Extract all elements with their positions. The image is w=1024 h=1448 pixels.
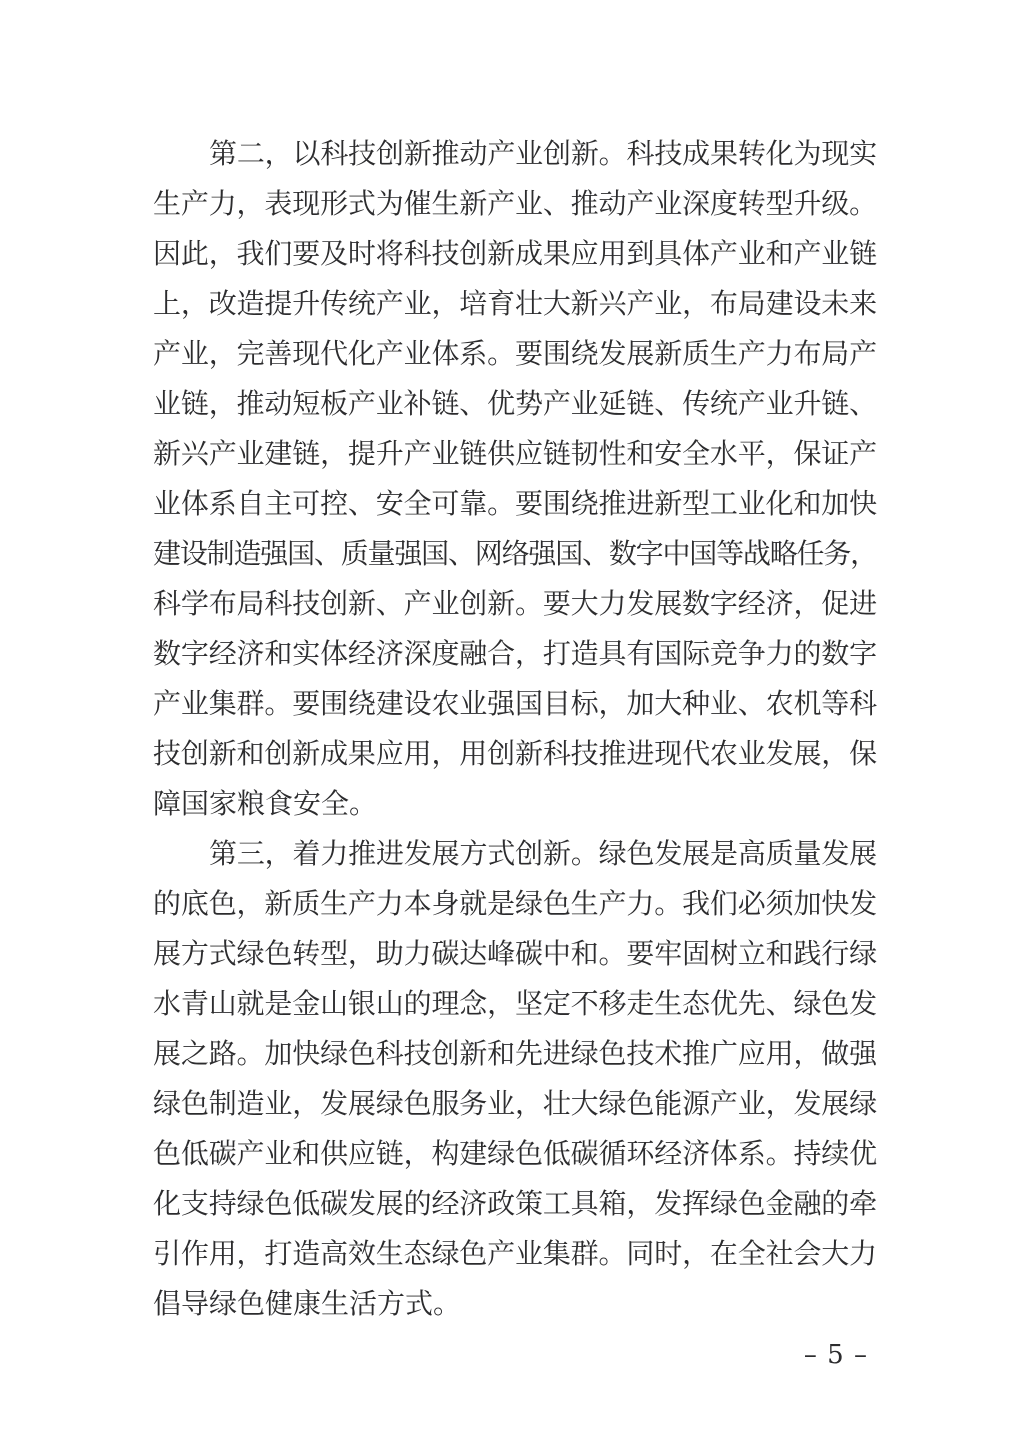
text-line: 产业集群。要围绕建设农业强国目标，加大种业、农机等科 xyxy=(153,679,877,729)
text-line-content: 展方式绿色转型，助力碳达峰碳中和。要牢固树立和践行绿 xyxy=(153,937,877,970)
text-line-content: 倡导绿色健康生活方式。 xyxy=(153,1287,461,1320)
text-line: 第三，着力推进发展方式创新。绿色发展是高质量发展 xyxy=(153,829,877,879)
text-line-content: 因此，我们要及时将科技创新成果应用到具体产业和产业链 xyxy=(153,237,877,270)
text-line: 展方式绿色转型，助力碳达峰碳中和。要牢固树立和践行绿 xyxy=(153,929,877,979)
text-line: 上，改造提升传统产业，培育壮大新兴产业，布局建设未来 xyxy=(153,279,877,329)
text-line: 水青山就是金山银山的理念，坚定不移走生态优先、绿色发 xyxy=(153,979,877,1029)
text-line: 绿色制造业，发展绿色服务业，壮大绿色能源产业，发展绿 xyxy=(153,1079,877,1129)
text-line: 产业，完善现代化产业体系。要围绕发展新质生产力布局产 xyxy=(153,329,877,379)
document-body: 第二，以科技创新推动产业创新。科技成果转化为现实生产力，表现形式为催生新产业、推… xyxy=(153,129,877,1329)
text-line: 化支持绿色低碳发展的经济政策工具箱，发挥绿色金融的牵 xyxy=(153,1179,877,1229)
text-line: 第二，以科技创新推动产业创新。科技成果转化为现实 xyxy=(153,129,877,179)
text-line: 生产力，表现形式为催生新产业、推动产业深度转型升级。 xyxy=(153,179,877,229)
text-line: 色低碳产业和供应链，构建绿色低碳循环经济体系。持续优 xyxy=(153,1129,877,1179)
text-line-content: 第二，以科技创新推动产业创新。科技成果转化为现实 xyxy=(209,137,877,170)
text-line: 因此，我们要及时将科技创新成果应用到具体产业和产业链 xyxy=(153,229,877,279)
text-line: 新兴产业建链，提升产业链供应链韧性和安全水平，保证产 xyxy=(153,429,877,479)
text-line-content: 生产力，表现形式为催生新产业、推动产业深度转型升级。 xyxy=(153,187,877,220)
text-line-content: 的底色，新质生产力本身就是绿色生产力。我们必须加快发 xyxy=(153,887,877,920)
text-line: 数字经济和实体经济深度融合，打造具有国际竞争力的数字 xyxy=(153,629,877,679)
text-line-content: 绿色制造业，发展绿色服务业，壮大绿色能源产业，发展绿 xyxy=(153,1087,877,1120)
text-line-content: 引作用，打造高效生态绿色产业集群。同时，在全社会大力 xyxy=(153,1237,877,1270)
text-line: 倡导绿色健康生活方式。 xyxy=(153,1279,877,1329)
text-line: 建设制造强国、质量强国、网络强国、数字中国等战略任务， xyxy=(153,529,877,579)
text-line: 技创新和创新成果应用，用创新科技推进现代农业发展，保 xyxy=(153,729,877,779)
document-page: 第二，以科技创新推动产业创新。科技成果转化为现实生产力，表现形式为催生新产业、推… xyxy=(0,0,1024,1448)
text-line-content: 技创新和创新成果应用，用创新科技推进现代农业发展，保 xyxy=(153,737,877,770)
text-line-content: 产业，完善现代化产业体系。要围绕发展新质生产力布局产 xyxy=(153,337,877,370)
text-line-content: 数字经济和实体经济深度融合，打造具有国际竞争力的数字 xyxy=(153,637,877,670)
text-line-content: 第三，着力推进发展方式创新。绿色发展是高质量发展 xyxy=(209,837,877,870)
text-line-content: 建设制造强国、质量强国、网络强国、数字中国等战略任务， xyxy=(153,537,877,570)
text-line-content: 上，改造提升传统产业，培育壮大新兴产业，布局建设未来 xyxy=(153,287,877,320)
text-line-content: 障国家粮食安全。 xyxy=(153,787,377,820)
text-line-content: 业链，推动短板产业补链、优势产业延链、传统产业升链、 xyxy=(153,387,877,420)
text-line-content: 新兴产业建链，提升产业链供应链韧性和安全水平，保证产 xyxy=(153,437,877,470)
page-number: – 5 – xyxy=(804,1338,868,1372)
text-line-content: 业体系自主可控、安全可靠。要围绕推进新型工业化和加快 xyxy=(153,487,877,520)
text-line: 展之路。加快绿色科技创新和先进绿色技术推广应用，做强 xyxy=(153,1029,877,1079)
text-line-content: 产业集群。要围绕建设农业强国目标，加大种业、农机等科 xyxy=(153,687,877,720)
text-line: 引作用，打造高效生态绿色产业集群。同时，在全社会大力 xyxy=(153,1229,877,1279)
text-line-content: 科学布局科技创新、产业创新。要大力发展数字经济，促进 xyxy=(153,587,877,620)
text-line-content: 色低碳产业和供应链，构建绿色低碳循环经济体系。持续优 xyxy=(153,1137,877,1170)
text-line-content: 展之路。加快绿色科技创新和先进绿色技术推广应用，做强 xyxy=(153,1037,877,1070)
text-line: 科学布局科技创新、产业创新。要大力发展数字经济，促进 xyxy=(153,579,877,629)
text-line: 障国家粮食安全。 xyxy=(153,779,877,829)
text-line: 业链，推动短板产业补链、优势产业延链、传统产业升链、 xyxy=(153,379,877,429)
text-line-content: 水青山就是金山银山的理念，坚定不移走生态优先、绿色发 xyxy=(153,987,877,1020)
paragraph: 第三，着力推进发展方式创新。绿色发展是高质量发展的底色，新质生产力本身就是绿色生… xyxy=(153,829,877,1329)
text-line-content: 化支持绿色低碳发展的经济政策工具箱，发挥绿色金融的牵 xyxy=(153,1187,877,1220)
paragraph: 第二，以科技创新推动产业创新。科技成果转化为现实生产力，表现形式为催生新产业、推… xyxy=(153,129,877,829)
text-line: 的底色，新质生产力本身就是绿色生产力。我们必须加快发 xyxy=(153,879,877,929)
text-line: 业体系自主可控、安全可靠。要围绕推进新型工业化和加快 xyxy=(153,479,877,529)
